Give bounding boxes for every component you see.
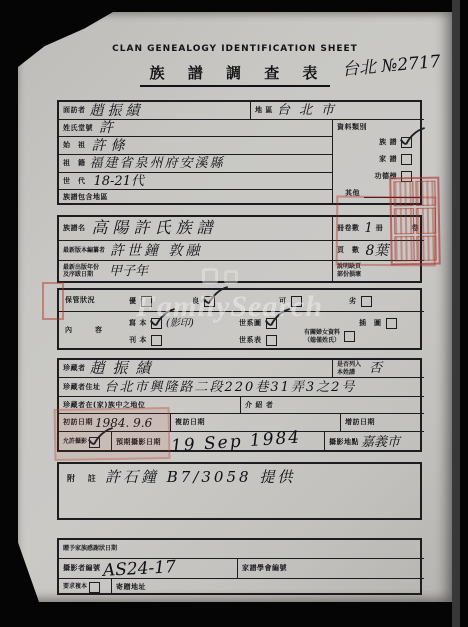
label-surname: 姓氏堂號 — [63, 124, 93, 133]
label-family-genealogy: 家 譜 — [379, 155, 397, 164]
label-generations: 世 代 — [63, 177, 86, 186]
label-remarks: 附 註 — [67, 474, 101, 484]
value-photo-place: 嘉義市 — [361, 436, 400, 449]
checkbox-family-genealogy — [401, 154, 412, 165]
section-book-info: 族譜名 高陽許氏族譜 冊卷數 1 冊 卷 最新版本編纂者 許世鐘 敦融 頁 數 … — [57, 215, 422, 283]
field-missing-pages: 說明缺頁 部份損壞 — [332, 261, 424, 281]
checkbox-lineage-table — [266, 335, 277, 346]
field-introducer: 介 紹 者 — [240, 397, 424, 414]
label-first-visit: 初訪日期 — [63, 418, 93, 427]
label-poor: 劣 — [349, 297, 357, 306]
label-listed-in-genealogy: 是否列入 本姓譜 — [337, 361, 361, 376]
value-pages: 8葉 — [366, 244, 389, 258]
label-printed-edition: 刊 本 — [129, 336, 147, 345]
section-basic-info: 面訪者 趙振績 地 區 台北市 姓氏堂號 許 始 祖 許條 祖 籍 福建省泉州府… — [57, 100, 422, 205]
label-society-number: 家譜學會編號 — [242, 564, 287, 573]
value-photographer-number: AS24-17 — [102, 559, 176, 580]
value-holder-address: 台北市興隆路二段220巷31弄3之2号 — [105, 381, 357, 394]
field-society-number: 家譜學會編號 — [237, 559, 424, 579]
label-lineage-chart: 世系圖 — [239, 319, 262, 328]
form-english-title: CLAN GENEALOGY IDENTIFICATION SHEET — [112, 44, 358, 54]
value-publication-date: 甲子年 — [109, 265, 148, 278]
field-photo-place: 攝影地點 嘉義市 — [324, 432, 424, 452]
option-women-data: 有關婦女資料 （媳僅姓氏） — [304, 329, 355, 344]
value-holder: 趙振績 — [90, 361, 159, 376]
label-photo-place: 攝影地點 — [329, 438, 359, 447]
field-generations: 世 代 18-21代 — [59, 173, 332, 190]
check-mark-icon — [87, 428, 113, 448]
label-women-data-line2: （媳僅姓氏） — [304, 337, 340, 345]
field-photo-permission: 允許攝影 — [59, 432, 111, 452]
section-remarks: 附 註 許石鐘 B7/3058 提供 — [57, 462, 422, 520]
label-introducer: 介 紹 者 — [245, 401, 273, 410]
field-compiler: 最新版本編纂者 許世鐘 敦融 — [59, 241, 332, 261]
label-photographer-number: 攝影者編號 — [63, 564, 101, 573]
data-category-box: 資料類別 族 譜 家 譜 功德榜 其他 — [332, 120, 424, 205]
checkbox-copy-request — [89, 582, 100, 593]
label-women-data: 有關婦女資料 （媳僅姓氏） — [304, 329, 340, 344]
label-lineage-table: 世系表 — [239, 336, 262, 345]
form-header: CLAN GENEALOGY IDENTIFICATION SHEET — [18, 36, 452, 55]
label-photo-permission: 允許攝影 — [63, 438, 87, 446]
field-surname: 姓氏堂號 許 — [59, 120, 332, 137]
label-copy-request: 要求複本 — [63, 583, 87, 591]
check-mark-icon — [399, 128, 425, 148]
field-third-visit: 增訪日期 — [340, 414, 424, 432]
checkbox-excellent — [141, 296, 152, 307]
field-ancestral-origin: 祖 籍 福建省泉州府安溪縣 — [59, 155, 332, 173]
checkbox-printed-edition — [151, 335, 162, 346]
label-publication-line2: 及序跋日期 — [63, 271, 99, 279]
option-manuscript: 寫 本 (影印) — [129, 318, 194, 329]
label-holder-position: 珍藏者在(家)族中之地位 — [63, 401, 145, 410]
option-printed-edition: 刊 本 — [129, 335, 162, 346]
field-holder-position: 珍藏者在(家)族中之地位 — [59, 397, 240, 414]
field-condition: 保管狀況 優 良 可 劣 — [59, 290, 424, 312]
option-other: 其他 — [345, 189, 420, 198]
label-genealogy-title: 族譜名 — [63, 224, 86, 233]
other-fill-line — [364, 189, 420, 198]
checkbox-merit-board — [401, 171, 412, 182]
field-photo-date: 預期攝影日期 19 Sep 1984 — [111, 432, 324, 452]
label-thanks-letter-date: 贈予家族感謝狀日期 — [63, 545, 117, 553]
label-listed-line1: 是否列入 — [337, 361, 361, 369]
label-good: 良 — [192, 297, 200, 306]
label-content: 內 容 — [65, 326, 110, 335]
checkbox-photo-permission — [89, 437, 100, 448]
option-family-genealogy: 家 譜 — [379, 154, 412, 165]
value-genealogy-title: 高陽許氏族譜 — [92, 220, 218, 236]
field-content: 內 容 寫 本 (影印) 世系圖 插 圖 刊 本 世系表 — [59, 312, 424, 350]
value-listed-in-genealogy: 否 — [369, 362, 382, 375]
label-merit-board: 功德榜 — [375, 172, 398, 181]
watermark-logo-fragment — [224, 270, 238, 284]
label-scroll-unit: 卷 — [412, 224, 420, 233]
value-interviewer: 趙振績 — [90, 104, 144, 118]
checkbox-illustrations — [386, 318, 397, 329]
label-illustrations: 插 圖 — [359, 319, 382, 328]
field-volumes: 冊卷數 1 冊 卷 — [332, 217, 424, 241]
field-pages: 頁 數 8葉 — [332, 241, 424, 261]
label-other: 其他 — [345, 189, 360, 198]
label-data-category: 資料類別 — [337, 123, 367, 132]
scanned-document: { "colors": {"stamp_red": "#a93b2e", "in… — [0, 0, 468, 627]
label-manuscript: 寫 本 — [129, 319, 147, 328]
checkbox-clan-genealogy — [401, 137, 412, 148]
label-holder-address: 珍藏者住址 — [63, 383, 101, 392]
field-interviewer: 面訪者 趙振績 — [59, 102, 250, 120]
label-interviewer: 面訪者 — [63, 106, 86, 115]
field-thanks-letter-date: 贈予家族感謝狀日期 — [59, 540, 424, 559]
label-fair: 可 — [279, 297, 287, 306]
value-region: 台北市 — [277, 104, 343, 117]
section-admin: 贈予家族感謝狀日期 攝影者編號 AS24-17 家譜學會編號 要求複本 寄贈地址 — [57, 538, 422, 595]
option-clan-genealogy: 族 譜 — [379, 137, 412, 148]
value-volumes: 1 — [365, 222, 373, 235]
label-volume-unit: 冊 — [376, 224, 384, 233]
checkbox-good — [204, 296, 215, 307]
value-photo-date: 19 Sep 1984 — [171, 429, 302, 455]
value-compiler: 許世鐘 敦融 — [110, 244, 202, 258]
label-women-data-line1: 有關婦女資料 — [304, 329, 340, 337]
label-ancestral-origin: 祖 籍 — [63, 159, 86, 168]
field-first-visit: 初訪日期 1984. 9.6 — [59, 414, 170, 432]
field-copy-request: 要求複本 — [59, 579, 111, 595]
option-merit-board: 功德榜 — [375, 171, 413, 182]
option-condition-good: 良 — [192, 296, 215, 307]
check-mark-icon — [149, 309, 175, 329]
watermark-logo-fragment — [202, 268, 218, 284]
value-remarks: 許石鐘 B7/3058 提供 — [105, 470, 295, 485]
label-clan-genealogy: 族 譜 — [379, 138, 397, 147]
checkbox-fair — [291, 296, 302, 307]
section-holder-visits: 珍藏者 趙振績 是否列入 本姓譜 否 珍藏者住址 台北市興隆路二段220巷31弄… — [57, 358, 422, 452]
value-founder: 許條 — [92, 139, 130, 153]
field-second-visit: 複訪日期 — [170, 414, 340, 432]
label-pages: 頁 數 — [337, 246, 360, 255]
label-photo-date: 預期攝影日期 — [116, 438, 161, 447]
section-condition-content: 保管狀況 優 良 可 劣 內 容 寫 本 (影印) — [57, 288, 422, 350]
label-excellent: 優 — [129, 297, 137, 306]
label-mailing-address: 寄贈地址 — [116, 583, 146, 592]
option-condition-poor: 劣 — [349, 296, 372, 307]
label-listed-line2: 本姓譜 — [337, 369, 361, 377]
option-illustrations: 插 圖 — [359, 318, 397, 329]
value-generations: 18-21代 — [94, 175, 144, 188]
label-missing-pages-line2: 部份損壞 — [337, 271, 424, 279]
scanned-form-page: CLAN GENEALOGY IDENTIFICATION SHEET 族 譜 … — [18, 12, 452, 602]
check-mark-icon — [202, 287, 228, 307]
field-coverage-area: 族譜包含地區 — [59, 190, 332, 205]
field-holder: 珍藏者 趙振績 — [59, 360, 332, 378]
field-founder: 始 祖 許條 — [59, 137, 332, 155]
label-missing-pages-line1: 說明缺頁 — [337, 263, 424, 271]
field-genealogy-title: 族譜名 高陽許氏族譜 — [59, 217, 332, 241]
label-volumes: 冊卷數 — [337, 224, 360, 233]
field-region: 地 區 台北市 — [250, 102, 424, 120]
option-condition-fair: 可 — [279, 296, 302, 307]
checkbox-manuscript — [151, 318, 162, 329]
checkbox-poor — [361, 296, 372, 307]
field-holder-address: 珍藏者住址 台北市興隆路二段220巷31弄3之2号 — [59, 378, 424, 397]
checkbox-lineage-chart — [266, 318, 277, 329]
film-edge-shade — [452, 0, 460, 627]
label-condition: 保管狀況 — [65, 296, 95, 305]
option-lineage-chart: 世系圖 — [239, 318, 277, 329]
label-holder: 珍藏者 — [63, 364, 86, 373]
label-founder: 始 祖 — [63, 141, 86, 150]
value-ancestral-origin: 福建省泉州府安溪縣 — [90, 157, 225, 170]
label-region: 地 區 — [255, 106, 273, 115]
field-mailing-address: 寄贈地址 — [111, 579, 424, 595]
label-second-visit: 複訪日期 — [175, 418, 205, 427]
label-publication-date: 最新出版年份 及序跋日期 — [63, 264, 99, 279]
field-publication-date: 最新出版年份 及序跋日期 甲子年 — [59, 261, 332, 281]
label-publication-line1: 最新出版年份 — [63, 264, 99, 272]
form-chinese-title: 族 譜 調 查 表 — [140, 64, 331, 87]
option-lineage-table: 世系表 — [239, 335, 277, 346]
label-third-visit: 增訪日期 — [345, 418, 375, 427]
field-listed-in-genealogy: 是否列入 本姓譜 否 — [332, 360, 424, 378]
option-condition-excellent: 優 — [129, 296, 152, 307]
field-photographer-number: 攝影者編號 AS24-17 — [59, 559, 237, 579]
label-compiler: 最新版本編纂者 — [63, 247, 105, 255]
checkbox-women-data — [344, 331, 355, 342]
value-surname: 許 — [99, 121, 113, 135]
label-coverage-area: 族譜包含地區 — [63, 193, 108, 202]
check-mark-icon — [264, 309, 290, 329]
